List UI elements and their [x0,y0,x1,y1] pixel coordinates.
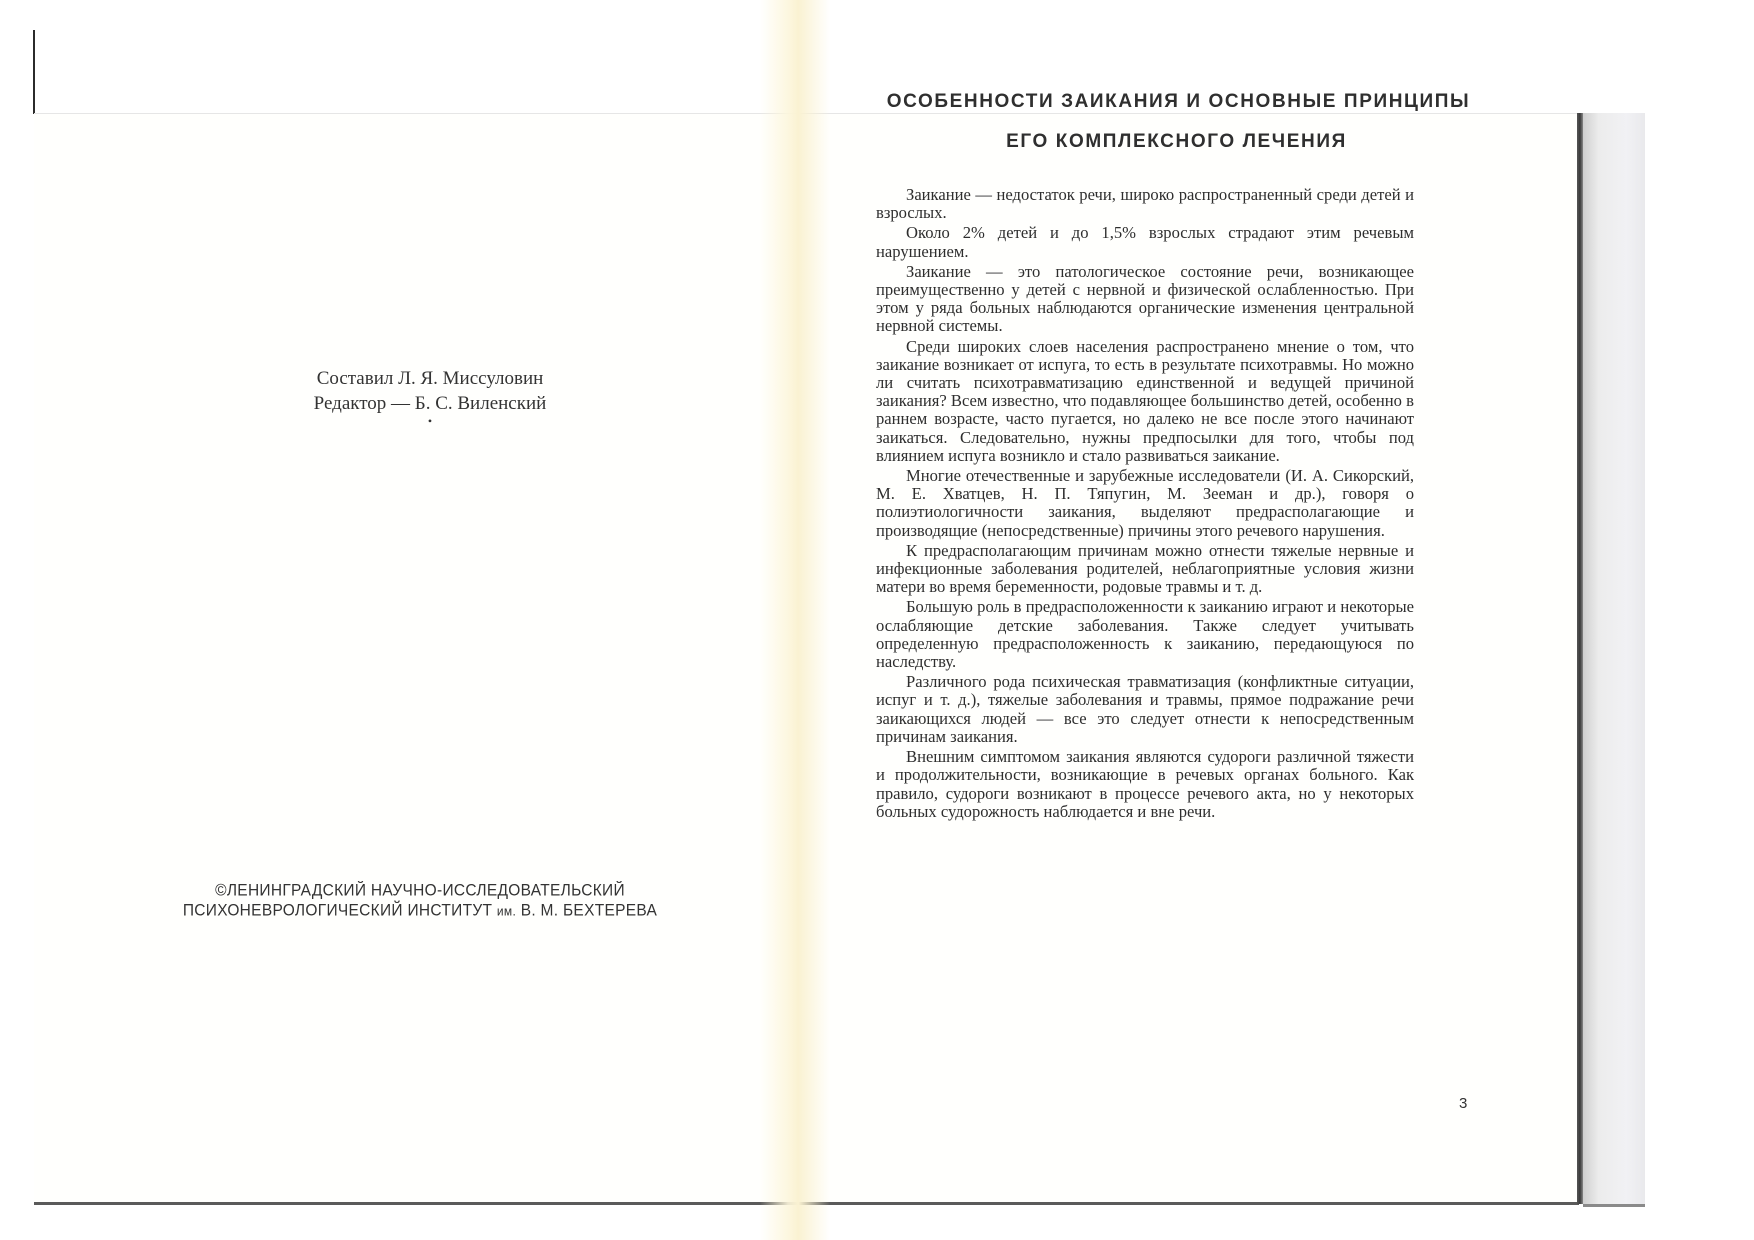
right-page: ОСОБЕННОСТИ ЗАИКАНИЯ И ОСНОВНЫЕ ПРИНЦИПЫ… [800,0,1545,1240]
credits-block: Составил Л. Я. Миссуловин Редактор — Б. … [240,366,620,426]
body-text: Заикание — недостаток речи, широко распр… [876,186,1414,823]
dot-mark: • [240,416,620,426]
paragraph: Среди широких слоев населения распростра… [876,338,1414,465]
paragraph: Многие отечественные и зарубежные исслед… [876,467,1414,540]
page-number: 3 [1459,1095,1467,1112]
compiler-credit: Составил Л. Я. Миссуловин [240,366,620,391]
paragraph: Заикание — это патологическое состояние … [876,263,1414,336]
publisher-namesake: В. М. БЕХТЕРЕВА [521,902,657,920]
paragraph: Различного рода психическая травматизаци… [876,673,1414,746]
editor-credit: Редактор — Б. С. Виленский [240,391,620,416]
copyright-icon: © [215,882,227,900]
scanner-margin-strip [1583,113,1645,1207]
publisher-line-1: ЛЕНИНГРАДСКИЙ НАУЧНО-ИССЛЕДОВАТЕЛЬСКИЙ [227,882,625,900]
publisher-block: ©ЛЕНИНГРАДСКИЙ НАУЧНО-ИССЛЕДОВАТЕЛЬСКИЙ … [120,881,720,922]
left-page: Составил Л. Я. Миссуловин Редактор — Б. … [0,0,760,1240]
publisher-line-2: ПСИХОНЕВРОЛОГИЧЕСКИЙ ИНСТИТУТ [183,902,492,920]
paragraph: Около 2% детей и до 1,5% взрослых страда… [876,224,1414,260]
chapter-title: ОСОБЕННОСТИ ЗАИКАНИЯ И ОСНОВНЫЕ ПРИНЦИПЫ… [800,82,1545,162]
paragraph: Внешним симптомом заикания являются судо… [876,748,1414,821]
paragraph: К предрасполагающим причинам можно отнес… [876,542,1414,597]
chapter-title-line-1: ОСОБЕННОСТИ ЗАИКАНИЯ И ОСНОВНЫЕ ПРИНЦИПЫ [800,82,1545,122]
chapter-title-line-2: ЕГО КОМПЛЕКСНОГО ЛЕЧЕНИЯ [800,122,1545,162]
paragraph: Заикание — недостаток речи, широко распр… [876,186,1414,222]
paragraph: Большую роль в предрасположенности к заи… [876,598,1414,671]
publisher-im: им. [497,904,516,919]
